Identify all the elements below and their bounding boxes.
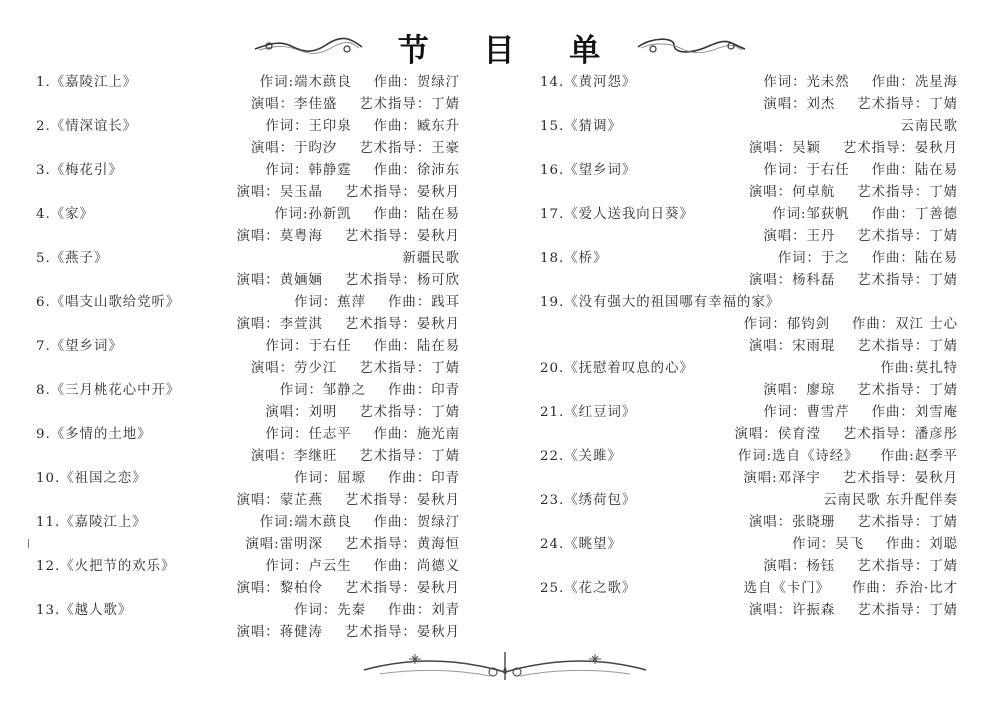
credit-line: 演唱：王丹艺术指导：丁婧 bbox=[763, 226, 958, 248]
program-item: 20.《抚慰着叹息的心》作曲:莫扎特演唱：廖琼艺术指导：丁婧 bbox=[540, 358, 958, 402]
credit-primary: 演唱：许振森 bbox=[749, 603, 835, 618]
credit-secondary: 艺术指导：晏秋月 bbox=[345, 625, 460, 640]
program-item: 25.《花之歌》选自《卡门》作曲：乔治·比才演唱：许振森艺术指导：丁婧 bbox=[540, 578, 958, 622]
credit-secondary: 艺术指导：丁婧 bbox=[857, 559, 958, 574]
credit-line: 作词：卢云生作曲：尚德义 bbox=[265, 556, 460, 578]
program-item: 24.《眺望》作词：吴飞作曲：刘聪演唱：杨钰艺术指导：丁婧 bbox=[540, 534, 958, 578]
credit-primary: 作词:孙新凯 bbox=[274, 207, 351, 222]
program-line: 22.《关雎》作词:选自《诗经》作曲:赵季平 bbox=[540, 446, 958, 468]
credit-primary: 作词：蕉萍 bbox=[294, 295, 366, 310]
credit-secondary: 作曲：践耳 bbox=[388, 295, 460, 310]
program-line: 13.《越人歌》作词：先秦作曲：刘青 bbox=[36, 600, 460, 622]
program-item: 16.《望乡词》作词：于右任作曲：陆在易演唱：何卓航艺术指导：丁婧 bbox=[540, 160, 958, 204]
song-title: 13.《越人歌》 bbox=[36, 600, 132, 622]
credit-secondary: 作曲：刘青 bbox=[388, 603, 460, 618]
credit-line: 作词：屈塬作曲：印青 bbox=[294, 468, 460, 490]
credit-line: 作词：吴飞作曲：刘聪 bbox=[792, 534, 958, 556]
credit-line: 演唱：廖琼艺术指导：丁婧 bbox=[763, 380, 958, 402]
credit-secondary: 艺术指导：潘彦彤 bbox=[843, 427, 958, 442]
credit-secondary: 艺术指导：丁婧 bbox=[857, 97, 958, 112]
credit-secondary: 艺术指导：杨可欣 bbox=[345, 273, 460, 288]
song-title: 16.《望乡词》 bbox=[540, 160, 636, 182]
credit-secondary: 艺术指导：黄海恒 bbox=[345, 537, 460, 552]
program-line: 演唱：蒙芷燕艺术指导：晏秋月 bbox=[36, 490, 460, 512]
credit-primary: 作词：郁钧剑 bbox=[744, 317, 830, 332]
left-flourish-icon bbox=[251, 33, 366, 61]
credit-line: 演唱：何卓航艺术指导：丁婧 bbox=[749, 182, 958, 204]
credit-primary: 演唱：李继旺 bbox=[251, 449, 337, 464]
credit-primary: 演唱：吴玉晶 bbox=[237, 185, 323, 200]
credit-primary: 演唱：莫粤海 bbox=[237, 229, 323, 244]
song-title: 5.《燕子》 bbox=[36, 248, 108, 270]
song-title: 1.《嘉陵江上》 bbox=[36, 72, 137, 94]
credit-primary: 作词:端木蕻良 bbox=[260, 75, 352, 90]
credit-secondary: 艺术指导：晏秋月 bbox=[345, 317, 460, 332]
program-line: 24.《眺望》作词：吴飞作曲：刘聪 bbox=[540, 534, 958, 556]
program-line: 演唱：于昀汐艺术指导：王豪 bbox=[36, 138, 460, 160]
credit-primary: 演唱：于昀汐 bbox=[251, 141, 337, 156]
credit-line: 演唱：于昀汐艺术指导：王豪 bbox=[251, 138, 460, 160]
credit-primary: 作词：先秦 bbox=[294, 603, 366, 618]
credit-primary: 演唱：何卓航 bbox=[749, 185, 835, 200]
program-line: 2.《情深谊长》作词：王印泉作曲：臧东升 bbox=[36, 116, 460, 138]
song-title: 9.《多情的土地》 bbox=[36, 424, 152, 446]
program-line: 演唱:邓泽宇艺术指导：晏秋月 bbox=[540, 468, 958, 490]
program-line: 11.《嘉陵江上》作词:端木蕻良作曲：贺绿汀 bbox=[36, 512, 460, 534]
credit-primary: 作词：于右任 bbox=[763, 163, 849, 178]
song-title: 3.《梅花引》 bbox=[36, 160, 123, 182]
credit-secondary: 艺术指导：晏秋月 bbox=[345, 229, 460, 244]
credit-primary: 选自《卡门》 bbox=[744, 581, 830, 596]
credit-line: 演唱：李佳盛艺术指导：丁婧 bbox=[251, 94, 460, 116]
program-item: 8.《三月桃花心中开》作词：邹静之作曲：印青演唱：刘明艺术指导：丁婧 bbox=[36, 380, 460, 424]
program-item: 17.《爱人送我向日葵》作词:邹荻帆作曲：丁善德演唱：王丹艺术指导：丁婧 bbox=[540, 204, 958, 248]
program-line: 4.《家》作词:孙新凯作曲：陆在易 bbox=[36, 204, 460, 226]
credit-secondary: 云南民歌 东升配伴奏 bbox=[823, 493, 958, 508]
credit-primary: 演唱：李萱淇 bbox=[237, 317, 323, 332]
credit-secondary: 艺术指导：丁婧 bbox=[359, 97, 460, 112]
credit-secondary: 作曲：丁善德 bbox=[872, 207, 958, 222]
credit-line: 作词:选自《诗经》作曲:赵季平 bbox=[738, 446, 958, 468]
credit-secondary: 艺术指导：晏秋月 bbox=[843, 471, 958, 486]
program-item: 21.《红豆词》作词：曹雪芹作曲：刘雪庵演唱：侯育滢艺术指导：潘彦彤 bbox=[540, 402, 958, 446]
song-title: 4.《家》 bbox=[36, 204, 94, 226]
credit-line: 演唱：李继旺艺术指导：丁婧 bbox=[251, 446, 460, 468]
program-line: 18.《桥》作词：于之作曲：陆在易 bbox=[540, 248, 958, 270]
credit-line: 演唱：刘明艺术指导：丁婧 bbox=[265, 402, 460, 424]
credit-secondary: 作曲:莫扎特 bbox=[881, 361, 958, 376]
program-header: 节 目 单 bbox=[0, 22, 1000, 72]
credit-line: 演唱：侯育滢艺术指导：潘彦彤 bbox=[735, 424, 958, 446]
credit-secondary: 作曲：徐沛东 bbox=[374, 163, 460, 178]
credit-primary: 演唱：王丹 bbox=[763, 229, 835, 244]
footer-ornament-icon bbox=[360, 650, 650, 684]
credit-secondary: 作曲：刘聪 bbox=[886, 537, 958, 552]
program-item: 14.《黄河怨》作词：光未然作曲：冼星海演唱：刘杰艺术指导：丁婧 bbox=[540, 72, 958, 116]
credit-line: 作词：于右任作曲：陆在易 bbox=[763, 160, 958, 182]
credit-secondary: 艺术指导：晏秋月 bbox=[843, 141, 958, 156]
credit-secondary: 作曲：印青 bbox=[388, 383, 460, 398]
program-item: 9.《多情的土地》作词：任志平作曲：施光南演唱：李继旺艺术指导：丁婧 bbox=[36, 424, 460, 468]
credit-primary: 演唱：侯育滢 bbox=[735, 427, 821, 442]
program-item: 15.《猜调》云南民歌演唱：吴颖艺术指导：晏秋月 bbox=[540, 116, 958, 160]
credit-secondary: 作曲：双江 士心 bbox=[852, 317, 958, 332]
song-title: 17.《爱人送我向日葵》 bbox=[540, 204, 694, 226]
credit-primary: 演唱:邓泽宇 bbox=[743, 471, 820, 486]
program-line: 14.《黄河怨》作词：光未然作曲：冼星海 bbox=[540, 72, 958, 94]
credit-secondary: 作曲：贺绿汀 bbox=[374, 75, 460, 90]
program-item: 22.《关雎》作词:选自《诗经》作曲:赵季平演唱:邓泽宇艺术指导：晏秋月 bbox=[540, 446, 958, 490]
program-item: 6.《唱支山歌给党听》作词：蕉萍作曲：践耳演唱：李萱淇艺术指导：晏秋月 bbox=[36, 292, 460, 336]
program-item: 2.《情深谊长》作词：王印泉作曲：臧东升演唱：于昀汐艺术指导：王豪 bbox=[36, 116, 460, 160]
credit-primary: 演唱：黎柏伶 bbox=[237, 581, 323, 596]
program-line: 5.《燕子》新疆民歌 bbox=[36, 248, 460, 270]
credit-line: 作词:邹荻帆作曲：丁善德 bbox=[772, 204, 958, 226]
program-item: 4.《家》作词:孙新凯作曲：陆在易演唱：莫粤海艺术指导：晏秋月 bbox=[36, 204, 460, 248]
credit-line: 作词：王印泉作曲：臧东升 bbox=[265, 116, 460, 138]
credit-primary: 作词：曹雪芹 bbox=[763, 405, 849, 420]
credit-primary: 演唱：黄婳婳 bbox=[237, 273, 323, 288]
credit-secondary: 艺术指导：丁婧 bbox=[359, 449, 460, 464]
credit-secondary: 作曲：冼星海 bbox=[872, 75, 958, 90]
program-line: 演唱：吴颖艺术指导：晏秋月 bbox=[540, 138, 958, 160]
credit-primary: 作词:选自《诗经》 bbox=[738, 449, 859, 464]
right-flourish-icon bbox=[634, 33, 749, 61]
program-column-right: 14.《黄河怨》作词：光未然作曲：冼星海演唱：刘杰艺术指导：丁婧15.《猜调》云… bbox=[540, 72, 958, 622]
credit-secondary: 艺术指导：丁婧 bbox=[857, 383, 958, 398]
song-title: 10.《祖国之恋》 bbox=[36, 468, 147, 490]
credit-line: 演唱:邓泽宇艺术指导：晏秋月 bbox=[743, 468, 958, 490]
credit-line: 作词：郁钧剑作曲：双江 士心 bbox=[744, 314, 958, 336]
song-title: 2.《情深谊长》 bbox=[36, 116, 137, 138]
program-line: 演唱：王丹艺术指导：丁婧 bbox=[540, 226, 958, 248]
program-line: 3.《梅花引》作词：韩静霆作曲：徐沛东 bbox=[36, 160, 460, 182]
credit-secondary: 作曲：陆在易 bbox=[374, 207, 460, 222]
program-line: 19.《没有强大的祖国哪有幸福的家》 bbox=[540, 292, 958, 314]
credit-primary: 作词:端木蕻良 bbox=[260, 515, 352, 530]
credit-line: 作曲:莫扎特 bbox=[881, 358, 958, 380]
credit-line: 作词:孙新凯作曲：陆在易 bbox=[274, 204, 460, 226]
credit-line: 演唱：李萱淇艺术指导：晏秋月 bbox=[237, 314, 460, 336]
program-line: 演唱：杨钰艺术指导：丁婧 bbox=[540, 556, 958, 578]
credit-line: 演唱：劳少江艺术指导：丁婧 bbox=[251, 358, 460, 380]
credit-secondary: 艺术指导：王豪 bbox=[359, 141, 460, 156]
credit-primary: 演唱:雷明深 bbox=[245, 537, 322, 552]
credit-secondary: 作曲：贺绿汀 bbox=[374, 515, 460, 530]
credit-primary: 作词：王印泉 bbox=[265, 119, 351, 134]
program-line: 演唱：侯育滢艺术指导：潘彦彤 bbox=[540, 424, 958, 446]
credit-line: 作词：曹雪芹作曲：刘雪庵 bbox=[763, 402, 958, 424]
program-line: 作词：郁钧剑作曲：双江 士心 bbox=[540, 314, 958, 336]
credit-line: 演唱：杨科磊艺术指导：丁婧 bbox=[749, 270, 958, 292]
credit-line: 演唱:雷明深艺术指导：黄海恒 bbox=[245, 534, 460, 556]
program-line: 9.《多情的土地》作词：任志平作曲：施光南 bbox=[36, 424, 460, 446]
program-item: 5.《燕子》新疆民歌演唱：黄婳婳艺术指导：杨可欣 bbox=[36, 248, 460, 292]
credit-secondary: 作曲：施光南 bbox=[374, 427, 460, 442]
credit-secondary: 作曲：乔治·比才 bbox=[852, 581, 958, 596]
credit-primary: 作词：任志平 bbox=[265, 427, 351, 442]
program-line: 演唱：劳少江艺术指导：丁婧 bbox=[36, 358, 460, 380]
credit-line: 作词：蕉萍作曲：践耳 bbox=[294, 292, 460, 314]
credit-primary: 作词：于之 bbox=[778, 251, 850, 266]
program-line: 演唱:雷明深艺术指导：黄海恒 bbox=[36, 534, 460, 556]
credit-primary: 演唱：蒋健涛 bbox=[237, 625, 323, 640]
song-title: 21.《红豆词》 bbox=[540, 402, 636, 424]
song-title: 23.《绣荷包》 bbox=[540, 490, 636, 512]
credit-line: 作词：任志平作曲：施光南 bbox=[265, 424, 460, 446]
credit-secondary: 艺术指导：晏秋月 bbox=[345, 493, 460, 508]
program-line: 演唱：黎柏伶艺术指导：晏秋月 bbox=[36, 578, 460, 600]
program-line: 15.《猜调》云南民歌 bbox=[540, 116, 958, 138]
credit-line: 演唱：杨钰艺术指导：丁婧 bbox=[763, 556, 958, 578]
program-item: 3.《梅花引》作词：韩静霆作曲：徐沛东演唱：吴玉晶艺术指导：晏秋月 bbox=[36, 160, 460, 204]
program-item: 11.《嘉陵江上》作词:端木蕻良作曲：贺绿汀演唱:雷明深艺术指导：黄海恒 bbox=[36, 512, 460, 556]
credit-primary: 演唱：蒙芷燕 bbox=[237, 493, 323, 508]
credit-line: 作词：韩静霆作曲：徐沛东 bbox=[265, 160, 460, 182]
program-line: 演唱：何卓航艺术指导：丁婧 bbox=[540, 182, 958, 204]
song-title: 19.《没有强大的祖国哪有幸福的家》 bbox=[540, 292, 780, 314]
credit-primary: 作词：邹静之 bbox=[280, 383, 366, 398]
credit-primary: 作词：光未然 bbox=[763, 75, 849, 90]
credit-line: 演唱：黄婳婳艺术指导：杨可欣 bbox=[237, 270, 460, 292]
program-line: 1.《嘉陵江上》作词:端木蕻良作曲：贺绿汀 bbox=[36, 72, 460, 94]
credit-primary: 作词：于右任 bbox=[265, 339, 351, 354]
credit-primary: 演唱：劳少江 bbox=[251, 361, 337, 376]
program-line: 演唱：蒋健涛艺术指导：晏秋月 bbox=[36, 622, 460, 644]
credit-line: 演唱：张晓珊艺术指导：丁婧 bbox=[749, 512, 958, 534]
credit-line: 云南民歌 bbox=[900, 116, 958, 138]
program-item: 7.《望乡词》作词：于右任作曲：陆在易演唱：劳少江艺术指导：丁婧 bbox=[36, 336, 460, 380]
song-title: 24.《眺望》 bbox=[540, 534, 622, 556]
song-title: 14.《黄河怨》 bbox=[540, 72, 636, 94]
credit-primary: 演唱：刘杰 bbox=[763, 97, 835, 112]
credit-primary: 作词：屈塬 bbox=[294, 471, 366, 486]
credit-line: 演唱：蒋健涛艺术指导：晏秋月 bbox=[237, 622, 460, 644]
credit-line: 演唱：许振森艺术指导：丁婧 bbox=[749, 600, 958, 622]
credit-line: 作词：邹静之作曲：印青 bbox=[280, 380, 460, 402]
credit-secondary: 艺术指导：丁婧 bbox=[857, 273, 958, 288]
credit-primary: 演唱：杨钰 bbox=[763, 559, 835, 574]
credit-primary: 演唱：刘明 bbox=[265, 405, 337, 420]
credit-line: 演唱：刘杰艺术指导：丁婧 bbox=[763, 94, 958, 116]
credit-primary: 演唱：廖琼 bbox=[763, 383, 835, 398]
credit-line: 云南民歌 东升配伴奏 bbox=[823, 490, 958, 512]
credit-primary: 演唱：张晓珊 bbox=[749, 515, 835, 530]
song-title: 15.《猜调》 bbox=[540, 116, 622, 138]
program-line: 演唱：吴玉晶艺术指导：晏秋月 bbox=[36, 182, 460, 204]
credit-line: 演唱：吴玉晶艺术指导：晏秋月 bbox=[237, 182, 460, 204]
program-line: 演唱：刘杰艺术指导：丁婧 bbox=[540, 94, 958, 116]
credit-line: 作词：于右任作曲：陆在易 bbox=[265, 336, 460, 358]
credit-secondary: 艺术指导：丁婧 bbox=[359, 405, 460, 420]
credit-primary: 演唱：宋雨琨 bbox=[749, 339, 835, 354]
credit-line: 演唱：吴颖艺术指导：晏秋月 bbox=[749, 138, 958, 160]
song-title: 18.《桥》 bbox=[540, 248, 607, 270]
credit-secondary: 艺术指导：丁婧 bbox=[857, 229, 958, 244]
program-item: 18.《桥》作词：于之作曲：陆在易演唱：杨科磊艺术指导：丁婧 bbox=[540, 248, 958, 292]
credit-secondary: 作曲：陆在易 bbox=[872, 163, 958, 178]
program-line: 23.《绣荷包》云南民歌 东升配伴奏 bbox=[540, 490, 958, 512]
credit-line: 演唱：莫粤海艺术指导：晏秋月 bbox=[237, 226, 460, 248]
song-title: 11.《嘉陵江上》 bbox=[36, 512, 147, 534]
program-item: 19.《没有强大的祖国哪有幸福的家》作词：郁钧剑作曲：双江 士心演唱：宋雨琨艺术… bbox=[540, 292, 958, 358]
credit-line: 演唱：蒙芷燕艺术指导：晏秋月 bbox=[237, 490, 460, 512]
credit-secondary: 作曲：陆在易 bbox=[872, 251, 958, 266]
song-title: 12.《火把节的欢乐》 bbox=[36, 556, 175, 578]
credit-primary: 作词：韩静霆 bbox=[265, 163, 351, 178]
program-line: 16.《望乡词》作词：于右任作曲：陆在易 bbox=[540, 160, 958, 182]
credit-secondary: 云南民歌 bbox=[900, 119, 958, 134]
program-line: 7.《望乡词》作词：于右任作曲：陆在易 bbox=[36, 336, 460, 358]
credit-line: 作词:端木蕻良作曲：贺绿汀 bbox=[260, 72, 460, 94]
song-title: 20.《抚慰着叹息的心》 bbox=[540, 358, 694, 380]
program-item: 12.《火把节的欢乐》作词：卢云生作曲：尚德义演唱：黎柏伶艺术指导：晏秋月 bbox=[36, 556, 460, 600]
program-line: 演唱：宋雨琨艺术指导：丁婧 bbox=[540, 336, 958, 358]
credit-line: 作词：于之作曲：陆在易 bbox=[778, 248, 958, 270]
credit-secondary: 作曲:赵季平 bbox=[881, 449, 958, 464]
credit-line: 新疆民歌 bbox=[402, 248, 460, 270]
credit-line: 演唱：黎柏伶艺术指导：晏秋月 bbox=[237, 578, 460, 600]
credit-primary: 作词：卢云生 bbox=[265, 559, 351, 574]
credit-secondary: 新疆民歌 bbox=[402, 251, 460, 266]
page-title: 节 目 单 bbox=[398, 25, 623, 70]
program-item: 23.《绣荷包》云南民歌 东升配伴奏演唱：张晓珊艺术指导：丁婧 bbox=[540, 490, 958, 534]
credit-primary: 演唱：吴颖 bbox=[749, 141, 821, 156]
program-line: 21.《红豆词》作词：曹雪芹作曲：刘雪庵 bbox=[540, 402, 958, 424]
program-line: 8.《三月桃花心中开》作词：邹静之作曲：印青 bbox=[36, 380, 460, 402]
program-item: 10.《祖国之恋》作词：屈塬作曲：印青演唱：蒙芷燕艺术指导：晏秋月 bbox=[36, 468, 460, 512]
program-line: 25.《花之歌》选自《卡门》作曲：乔治·比才 bbox=[540, 578, 958, 600]
song-title: 7.《望乡词》 bbox=[36, 336, 123, 358]
program-line: 演唱：李萱淇艺术指导：晏秋月 bbox=[36, 314, 460, 336]
program-line: 演唱：黄婳婳艺术指导：杨可欣 bbox=[36, 270, 460, 292]
program-item: 1.《嘉陵江上》作词:端木蕻良作曲：贺绿汀演唱：李佳盛艺术指导：丁婧 bbox=[36, 72, 460, 116]
program-item: 13.《越人歌》作词：先秦作曲：刘青演唱：蒋健涛艺术指导：晏秋月 bbox=[36, 600, 460, 644]
credit-secondary: 艺术指导：丁婧 bbox=[857, 515, 958, 530]
credit-line: 选自《卡门》作曲：乔治·比才 bbox=[744, 578, 958, 600]
program-line: 演唱：杨科磊艺术指导：丁婧 bbox=[540, 270, 958, 292]
program-line: 17.《爱人送我向日葵》作词:邹荻帆作曲：丁善德 bbox=[540, 204, 958, 226]
credit-secondary: 作曲：臧东升 bbox=[374, 119, 460, 134]
program-line: 演唱：莫粤海艺术指导：晏秋月 bbox=[36, 226, 460, 248]
credit-secondary: 作曲：陆在易 bbox=[374, 339, 460, 354]
credit-primary: 演唱：李佳盛 bbox=[251, 97, 337, 112]
program-line: 10.《祖国之恋》作词：屈塬作曲：印青 bbox=[36, 468, 460, 490]
program-line: 演唱：刘明艺术指导：丁婧 bbox=[36, 402, 460, 424]
credit-secondary: 艺术指导：晏秋月 bbox=[345, 581, 460, 596]
program-column-left: 1.《嘉陵江上》作词:端木蕻良作曲：贺绿汀演唱：李佳盛艺术指导：丁婧2.《情深谊… bbox=[36, 72, 460, 644]
credit-secondary: 艺术指导：丁婧 bbox=[857, 185, 958, 200]
credit-secondary: 作曲：印青 bbox=[388, 471, 460, 486]
program-line: 演唱：张晓珊艺术指导：丁婧 bbox=[540, 512, 958, 534]
song-title: 8.《三月桃花心中开》 bbox=[36, 380, 180, 402]
song-title: 6.《唱支山歌给党听》 bbox=[36, 292, 180, 314]
credit-secondary: 作曲：刘雪庵 bbox=[872, 405, 958, 420]
program-line: 演唱：李继旺艺术指导：丁婧 bbox=[36, 446, 460, 468]
credit-primary: 作词：吴飞 bbox=[792, 537, 864, 552]
program-line: 6.《唱支山歌给党听》作词：蕉萍作曲：践耳 bbox=[36, 292, 460, 314]
program-line: 12.《火把节的欢乐》作词：卢云生作曲：尚德义 bbox=[36, 556, 460, 578]
credit-line: 作词：光未然作曲：冼星海 bbox=[763, 72, 958, 94]
credit-line: 演唱：宋雨琨艺术指导：丁婧 bbox=[749, 336, 958, 358]
credit-secondary: 艺术指导：晏秋月 bbox=[345, 185, 460, 200]
program-line: 20.《抚慰着叹息的心》作曲:莫扎特 bbox=[540, 358, 958, 380]
song-title: 25.《花之歌》 bbox=[540, 578, 636, 600]
song-title: 22.《关雎》 bbox=[540, 446, 622, 468]
program-line: 演唱：李佳盛艺术指导：丁婧 bbox=[36, 94, 460, 116]
scan-mark bbox=[28, 539, 29, 548]
credit-primary: 演唱：杨科磊 bbox=[749, 273, 835, 288]
credit-secondary: 艺术指导：丁婧 bbox=[857, 603, 958, 618]
program-line: 演唱：廖琼艺术指导：丁婧 bbox=[540, 380, 958, 402]
credit-line: 作词：先秦作曲：刘青 bbox=[294, 600, 460, 622]
credit-primary: 作词:邹荻帆 bbox=[772, 207, 849, 222]
credit-secondary: 作曲：尚德义 bbox=[374, 559, 460, 574]
program-line: 演唱：许振森艺术指导：丁婧 bbox=[540, 600, 958, 622]
credit-line: 作词:端木蕻良作曲：贺绿汀 bbox=[260, 512, 460, 534]
credit-secondary: 艺术指导：丁婧 bbox=[857, 339, 958, 354]
credit-secondary: 艺术指导：丁婧 bbox=[359, 361, 460, 376]
